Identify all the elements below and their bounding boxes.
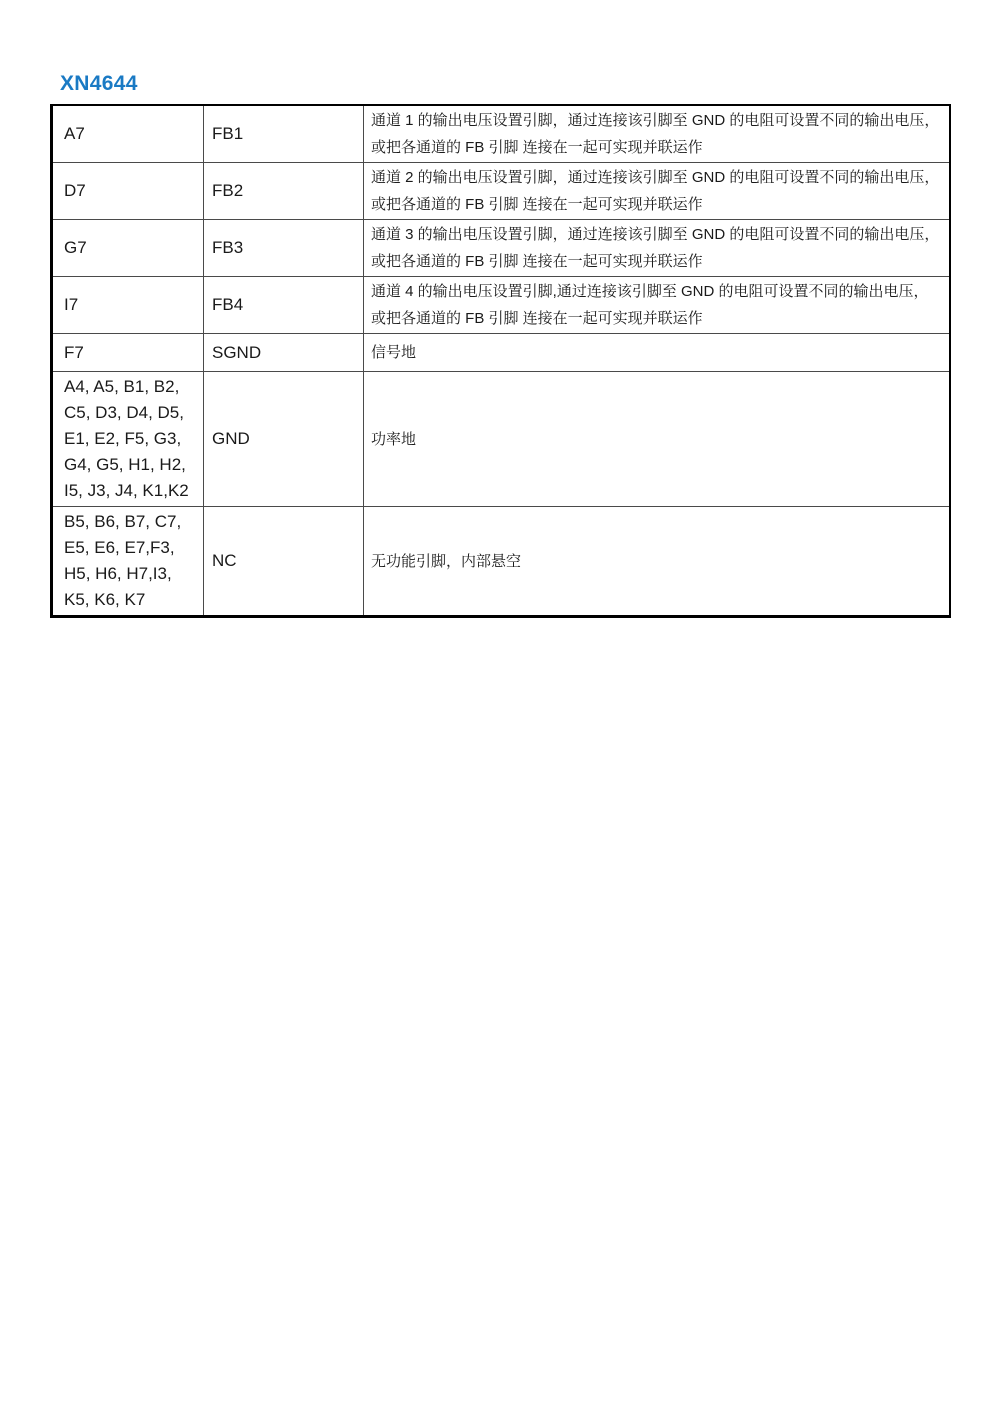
pin-positions-cell: A7 [52, 105, 204, 163]
pin-positions-cell: D7 [52, 163, 204, 220]
pin-description-cell: 通道 1 的输出电压设置引脚，通过连接该引脚至 GND 的电阻可设置不同的输出电… [364, 105, 951, 163]
pin-description-cell: 通道 2 的输出电压设置引脚，通过连接该引脚至 GND 的电阻可设置不同的输出电… [364, 163, 951, 220]
pin-positions-cell: B5, B6, B7, C7, E5, E6, E7,F3, H5, H6, H… [52, 507, 204, 617]
table-row: I7 FB4 通道 4 的输出电压设置引脚,通过连接该引脚至 GND 的电阻可设… [52, 277, 951, 334]
pin-description-cell: 无功能引脚，内部悬空 [364, 507, 951, 617]
table-row: D7 FB2 通道 2 的输出电压设置引脚，通过连接该引脚至 GND 的电阻可设… [52, 163, 951, 220]
pin-name-cell: FB4 [204, 277, 364, 334]
page-title: XN4644 [60, 72, 138, 96]
table-row: F7 SGND 信号地 [52, 334, 951, 372]
pin-name-cell: FB1 [204, 105, 364, 163]
pin-name-cell: NC [204, 507, 364, 617]
pin-description-cell: 通道 4 的输出电压设置引脚,通过连接该引脚至 GND 的电阻可设置不同的输出电… [364, 277, 951, 334]
pin-name-cell: GND [204, 372, 364, 507]
pin-function-table: A7 FB1 通道 1 的输出电压设置引脚，通过连接该引脚至 GND 的电阻可设… [50, 104, 951, 618]
pin-description-cell: 功率地 [364, 372, 951, 507]
table-row: A7 FB1 通道 1 的输出电压设置引脚，通过连接该引脚至 GND 的电阻可设… [52, 105, 951, 163]
pin-description-cell: 信号地 [364, 334, 951, 372]
pin-positions-cell: G7 [52, 220, 204, 277]
pin-name-cell: SGND [204, 334, 364, 372]
pin-name-cell: FB2 [204, 163, 364, 220]
document-page: XN4644 A7 FB1 通道 1 的输出电压设置引脚，通过连接该引脚至 GN… [0, 0, 1000, 1414]
pin-description-cell: 通道 3 的输出电压设置引脚，通过连接该引脚至 GND 的电阻可设置不同的输出电… [364, 220, 951, 277]
table-row: G7 FB3 通道 3 的输出电压设置引脚，通过连接该引脚至 GND 的电阻可设… [52, 220, 951, 277]
pin-name-cell: FB3 [204, 220, 364, 277]
table-row: A4, A5, B1, B2, C5, D3, D4, D5, E1, E2, … [52, 372, 951, 507]
pin-positions-cell: F7 [52, 334, 204, 372]
pin-positions-cell: A4, A5, B1, B2, C5, D3, D4, D5, E1, E2, … [52, 372, 204, 507]
table-row: B5, B6, B7, C7, E5, E6, E7,F3, H5, H6, H… [52, 507, 951, 617]
pin-positions-cell: I7 [52, 277, 204, 334]
